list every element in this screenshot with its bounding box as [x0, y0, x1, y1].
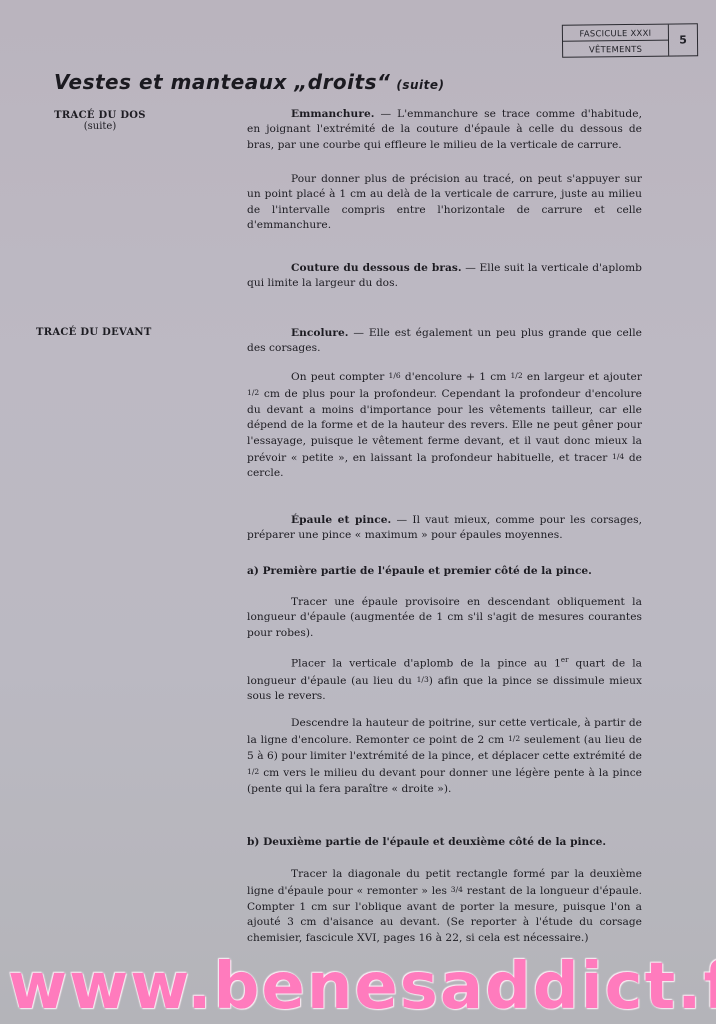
text-fragment: On peut compter [291, 371, 389, 383]
paragraph-diagonale: Tracer la diagonale du petit rectangle f… [247, 867, 642, 946]
paragraph-encolure: Encolure. — Elle est également un peu pl… [247, 326, 642, 357]
section-label: VÊTEMENTS [563, 41, 668, 57]
fraction: 1/2 [508, 734, 520, 743]
page-title: Vestes et manteaux „droits“(suite) [54, 70, 445, 94]
paragraph-precision: Pour donner plus de précision au tracé, … [247, 172, 642, 234]
side-label-dos-text: TRACÉ DU DOS [54, 110, 146, 121]
heading-couture: Couture du dessous de bras. [291, 262, 462, 274]
text-tracer-epaule: Tracer une épaule provisoire en descenda… [247, 596, 642, 639]
heading-emmanchure: Emmanchure. [291, 108, 374, 120]
fraction: 1/4 [612, 452, 624, 461]
side-label-dos-sub: (suite) [50, 121, 150, 132]
heading-encolure: Encolure. [291, 327, 348, 339]
page-number: 5 [669, 24, 697, 55]
fraction: 1/2 [247, 388, 259, 397]
fraction: 1/3 [417, 675, 429, 684]
subheading-b: b) Deuxième partie de l'épaule et deuxiè… [247, 836, 647, 848]
title-suite: (suite) [396, 78, 444, 92]
fraction: 3/4 [451, 885, 463, 894]
paragraph-tracer-epaule: Tracer une épaule provisoire en descenda… [247, 595, 642, 641]
paragraph-emmanchure: Emmanchure. — L'emmanchure se trace comm… [247, 107, 642, 153]
text-fragment: d'encolure + 1 cm [401, 371, 511, 383]
text-fragment: cm vers le milieu du devant pour donner … [247, 767, 642, 794]
paragraph-descendre: Descendre la hauteur de poitrine, sur ce… [247, 716, 642, 797]
fraction: 1/6 [389, 371, 401, 380]
watermark-text: www.benesaddict.fr [8, 950, 716, 1024]
fraction: 1/2 [247, 767, 259, 776]
heading-epaule: Épaule et pince. [291, 514, 391, 526]
paragraph-couture: Couture du dessous de bras. — Elle suit … [247, 261, 642, 292]
fascicule-header-box: FASCICULE XXXI VÊTEMENTS 5 [562, 23, 698, 57]
side-label-devant-text: TRACÉ DU DEVANT [36, 327, 152, 338]
title-main: Vestes et manteaux „droits“ [54, 70, 390, 94]
text-fragment: Placer la verticale d'aplomb de la pince… [291, 658, 561, 670]
subheading-a: a) Première partie de l'épaule et premie… [247, 565, 647, 577]
side-label-dos: TRACÉ DU DOS (suite) [50, 110, 150, 132]
header-left-cells: FASCICULE XXXI VÊTEMENTS [563, 25, 669, 57]
fraction: 1/2 [510, 371, 522, 380]
side-label-devant: TRACÉ DU DEVANT [36, 327, 176, 338]
fascicule-label: FASCICULE XXXI [563, 25, 668, 42]
text-precision: Pour donner plus de précision au tracé, … [247, 173, 642, 231]
text-fragment: en largeur et ajouter [523, 371, 642, 383]
document-page: FASCICULE XXXI VÊTEMENTS 5 Vestes et man… [0, 0, 716, 1024]
paragraph-placer: Placer la verticale d'aplomb de la pince… [247, 653, 642, 705]
paragraph-compter: On peut compter 1/6 d'encolure + 1 cm 1/… [247, 368, 642, 482]
paragraph-epaule: Épaule et pince. — Il vaut mieux, comme … [247, 513, 642, 544]
text-fragment: cm de plus pour la profondeur. Cependant… [247, 388, 642, 464]
superscript: er [561, 656, 569, 664]
